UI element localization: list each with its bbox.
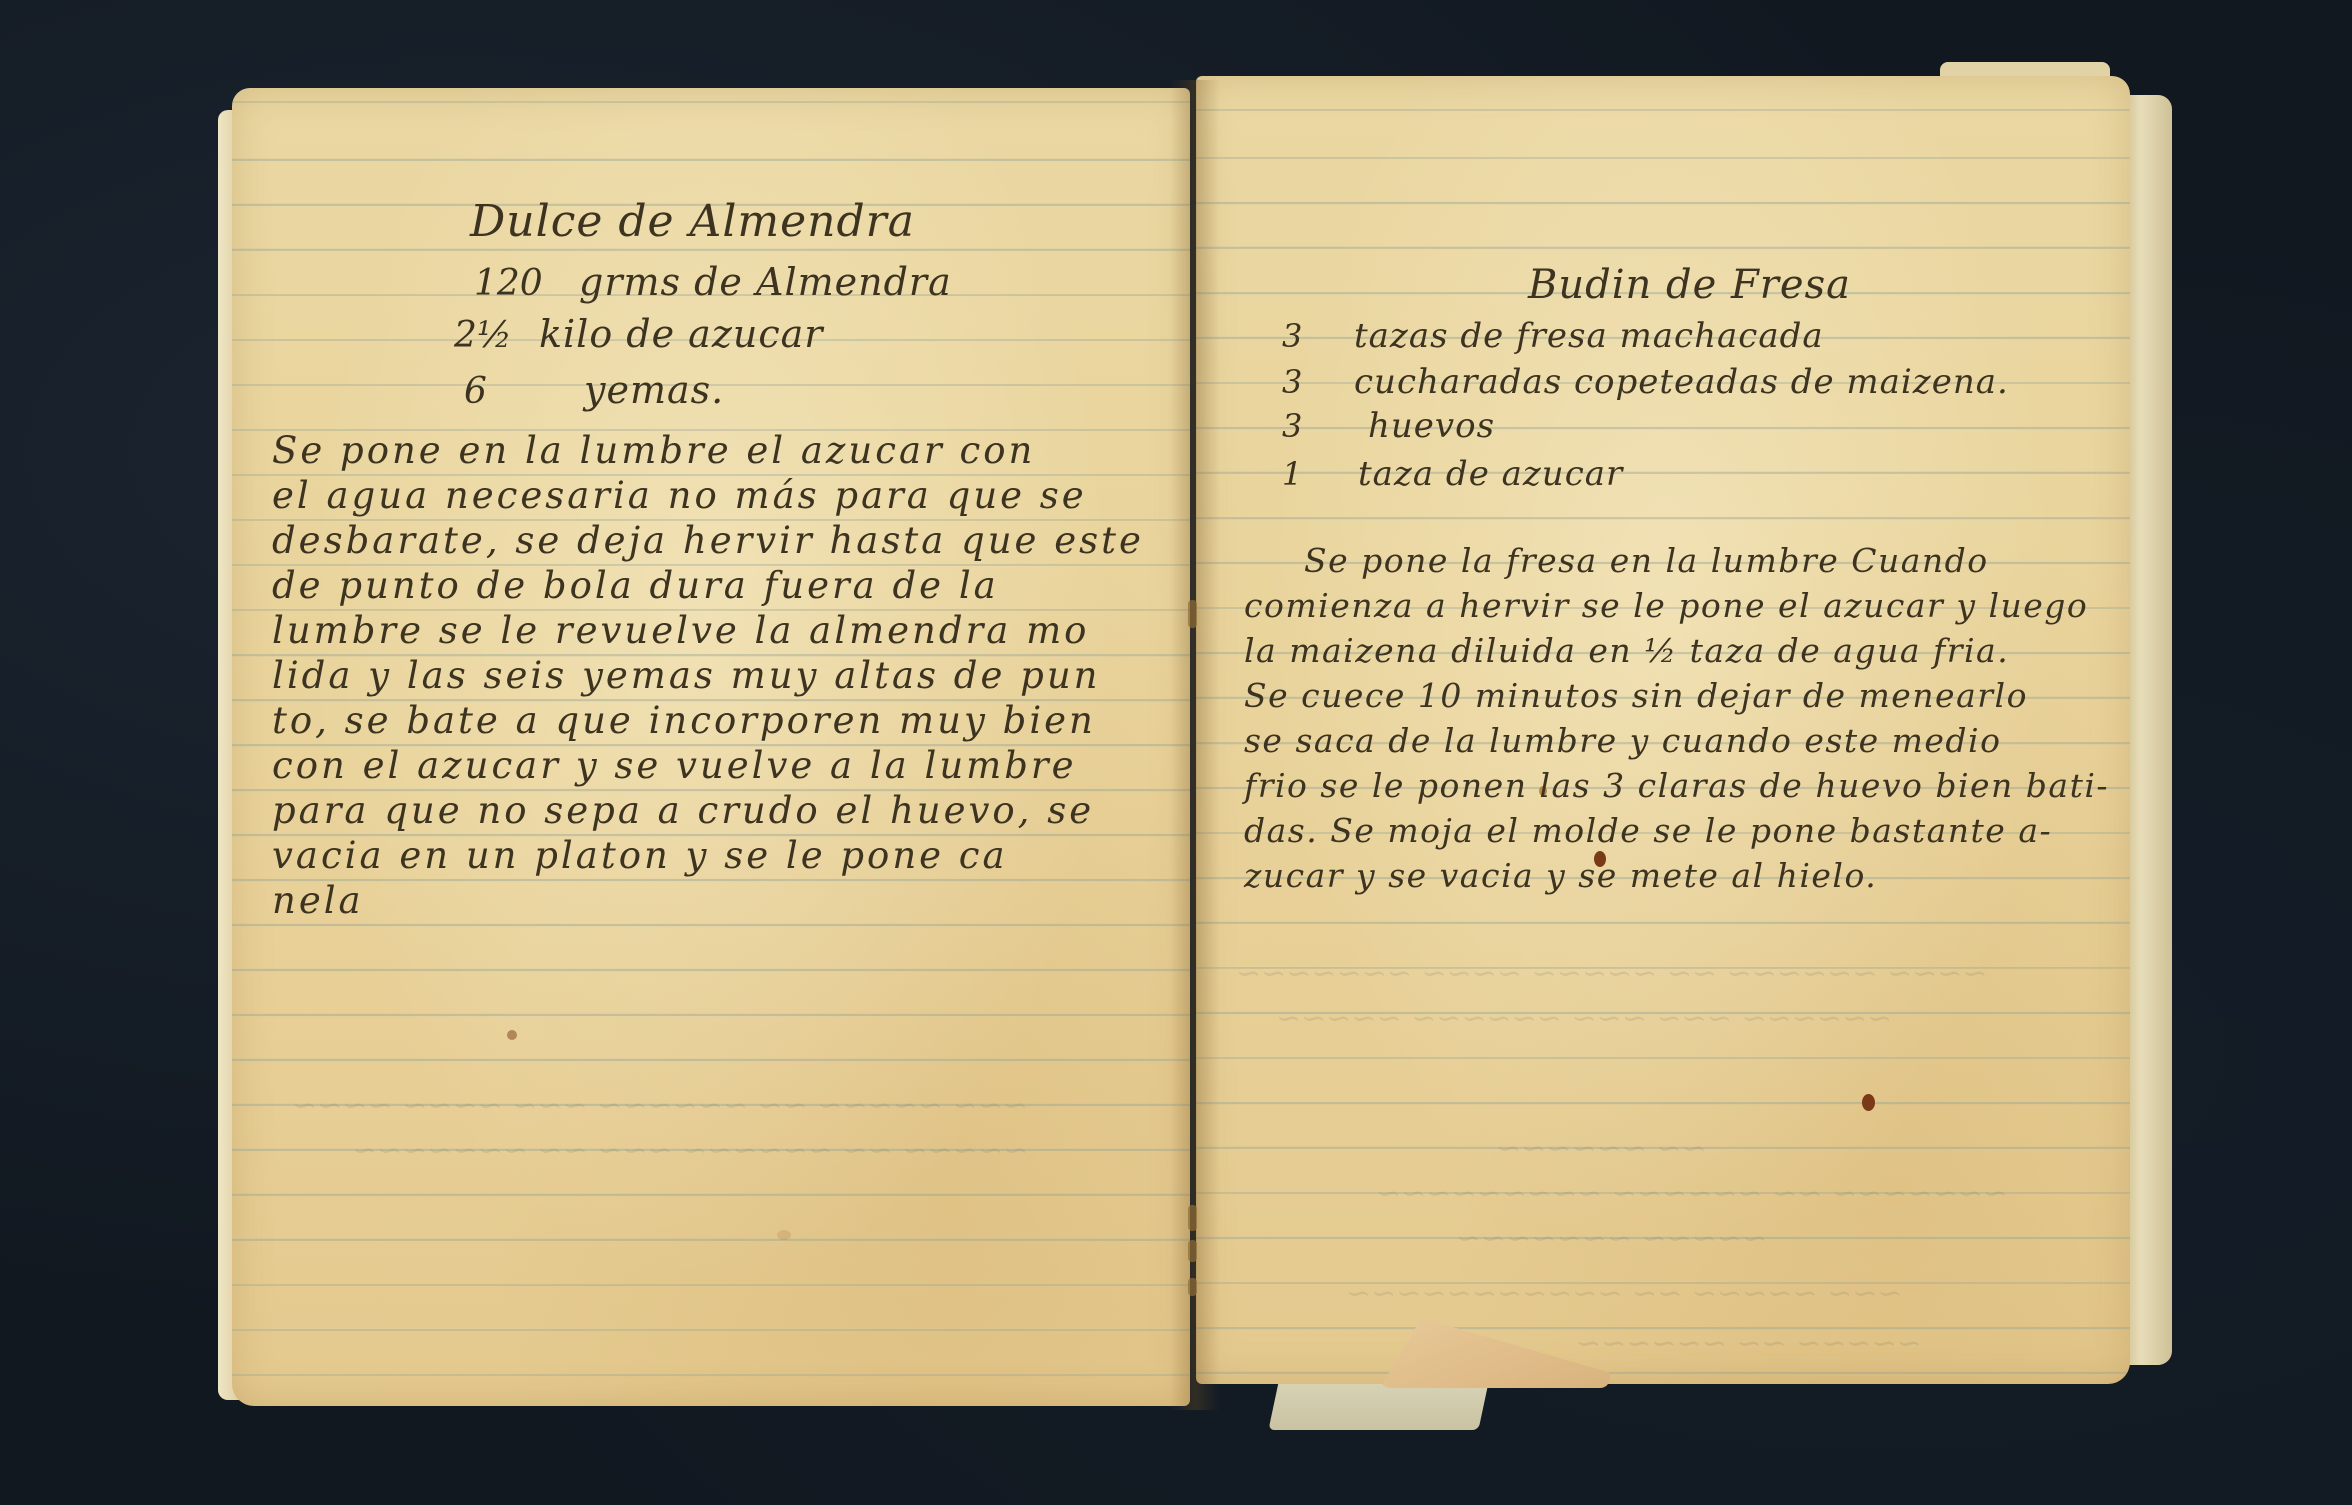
ingredient-text: grms de Almendra — [579, 260, 952, 304]
spine-stitch — [1188, 1278, 1197, 1296]
bleed-through-text: ~~~~~ ~~ ~~~~~~ — [1576, 1326, 1922, 1361]
instruction-line: la maizena diluida en ½ taza de agua fri… — [1244, 628, 2109, 673]
ingredient-qty: 6 — [464, 371, 584, 412]
recipe-instructions: Se pone la fresa en la lumbre Cuando com… — [1244, 538, 2109, 898]
instruction-line: lida y las seis yemas muy altas de pun — [272, 653, 1144, 698]
ingredient-text: taza de azucar — [1358, 454, 1623, 494]
right-page: ~~~~ ~~~~~~ ~~ ~~~~~ ~~~~ ~~~~~~~ ~~~~~~… — [1196, 76, 2130, 1384]
bleed-through-text: ~~~~~ ~~ ~~~~~~ ~~~ ~~ ~~~~~~~ — [352, 1133, 1028, 1168]
instruction-line: Se pone en la lumbre el azucar con — [272, 428, 1144, 473]
instruction-line: Se pone la fresa en la lumbre Cuando — [1244, 538, 2109, 583]
ingredient-text: tazas de fresa machacada — [1354, 316, 1824, 356]
ingredient-qty: 2½ — [454, 315, 539, 356]
ingredient-row: 3 huevos — [1282, 406, 1495, 446]
instruction-line: nela — [272, 878, 1144, 923]
ingredient-row: 3 cucharadas copeteadas de maizena. — [1282, 362, 2009, 402]
ingredient-text: yemas. — [584, 368, 724, 412]
spine-stitch — [1188, 1240, 1197, 1262]
ingredient-qty: 1 — [1282, 455, 1358, 493]
ingredient-row: 1 taza de azucar — [1282, 454, 1623, 494]
bleed-through-text: ~~~~~ ~~~~~~~ — [1456, 1221, 1767, 1256]
instruction-line: das. Se moja el molde se le pone bastant… — [1244, 808, 2109, 853]
instruction-line: se saca de la lumbre y cuando este medio — [1244, 718, 2109, 763]
bleed-through-text: ~~~~~~ ~~~ ~~~ ~~~~~~ ~~~~~ — [1276, 1001, 1892, 1036]
instruction-line: lumbre se le revuelve la almendra mo — [272, 608, 1144, 653]
ingredient-qty: 3 — [1282, 317, 1354, 355]
instruction-line: comienza a hervir se le pone el azucar y… — [1244, 583, 2109, 628]
instruction-line: de punto de bola dura fuera de la — [272, 563, 1144, 608]
ingredient-qty: 120 — [474, 263, 579, 304]
ingredient-text: kilo de azucar — [539, 312, 823, 356]
instruction-line: to, se bate a que incorporen muy bien — [272, 698, 1144, 743]
stain-spot — [777, 1230, 791, 1240]
instruction-line: frio se le ponen las 3 claras de huevo b… — [1244, 763, 2109, 808]
left-page: ~~~ ~~~~~ ~~ ~~~~~~ ~~~ ~~~~ ~~~~ ~~~~~ … — [232, 88, 1190, 1406]
bleed-through-text: ~~~~ ~~~~~~ ~~ ~~~~~ ~~~~ ~~~~~~~ — [1236, 956, 1988, 991]
ingredient-row: 3 tazas de fresa machacada — [1282, 316, 1824, 356]
bleed-through-text: ~~~ ~~~~~ ~~ ~~~~~~ ~~~ ~~~~ ~~~~ — [292, 1088, 1028, 1123]
ingredient-row: 2½ kilo de azucar — [454, 312, 823, 356]
notebook-spread: ~~~ ~~~~~ ~~ ~~~~~~ ~~~ ~~~~ ~~~~ ~~~~~ … — [0, 0, 2352, 1505]
bleed-through-text: ~~ ~~~~~~ — [1496, 1131, 1707, 1166]
stain-spot — [507, 1030, 517, 1040]
ingredient-qty: 3 — [1282, 363, 1354, 401]
bleed-through-text: ~~~~~~~ ~~ ~~~~~~ ~~~~~~~~~ — [1376, 1176, 2008, 1211]
instruction-line: Se cuece 10 minutos sin dejar de menearl… — [1244, 673, 2109, 718]
recipe-title: Dulce de Almendra — [470, 196, 915, 247]
instruction-line: zucar y se vacia y se mete al hielo. — [1244, 853, 2109, 898]
ingredient-row: 120 grms de Almendra — [474, 260, 952, 304]
stain-spot — [1862, 1094, 1875, 1111]
recipe-title: Budin de Fresa — [1528, 262, 1851, 308]
spine-stitch — [1188, 1205, 1197, 1231]
spine-stitch — [1188, 600, 1197, 628]
instruction-line: vacia en un platon y se le pone ca — [272, 833, 1144, 878]
ingredient-text: huevos — [1368, 406, 1495, 446]
ingredient-text: cucharadas copeteadas de maizena. — [1354, 362, 2009, 402]
ingredient-row: 6 yemas. — [464, 368, 724, 412]
instruction-line: el agua necesaria no más para que se — [272, 473, 1144, 518]
bleed-through-text: ~~~ ~~~~~ ~~ ~~~~~~~~~~~ — [1346, 1276, 1902, 1311]
instruction-line: para que no sepa a crudo el huevo, se — [272, 788, 1144, 833]
instruction-line: desbarate, se deja hervir hasta que este — [272, 518, 1144, 563]
ingredient-qty: 3 — [1282, 407, 1368, 445]
instruction-line: con el azucar y se vuelve a la lumbre — [272, 743, 1144, 788]
recipe-instructions: Se pone en la lumbre el azucar con el ag… — [272, 428, 1144, 923]
